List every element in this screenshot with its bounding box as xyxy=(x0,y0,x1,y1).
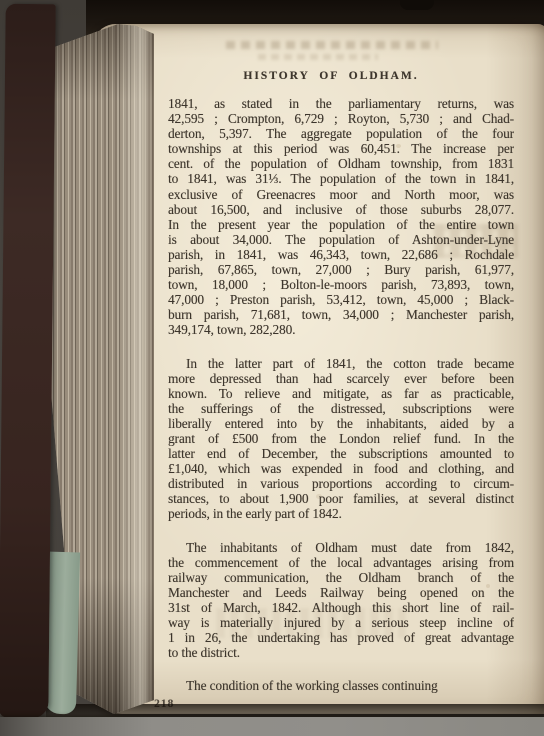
text-line: is about 34,000. The population of Ashto… xyxy=(168,232,514,247)
text-line: cent. of the population of Oldham townsh… xyxy=(168,156,514,171)
text-line: 42,595 ; Crompton, 6,729 ; Royton, 5,730… xyxy=(168,111,514,126)
text-line: derton, 5,397. The aggregate population … xyxy=(168,126,514,141)
text-line: exclusive of Greenacres moor and North m… xyxy=(168,187,514,202)
text-line: 31st of March, 1842. Although this short… xyxy=(168,600,514,615)
text-line: burn parish, 71,681, town, 34,000 ; Manc… xyxy=(168,307,514,322)
text-line: to the district. xyxy=(168,645,514,660)
text-line: The condition of the working classes con… xyxy=(168,678,514,693)
text-line: railway communication, the Oldham branch… xyxy=(168,570,514,585)
paragraph: In the latter part of 1841, the cotton t… xyxy=(168,356,514,522)
text-line: about 16,500, and inclusive of those sub… xyxy=(168,202,514,217)
text-line: townships at this period was 60,451. The… xyxy=(168,141,514,156)
paragraph: The condition of the working classes con… xyxy=(168,678,514,693)
text-line: 47,000 ; Preston parish, 53,412, town, 4… xyxy=(168,292,514,307)
running-header: HISTORY OF OLDHAM. xyxy=(158,70,504,82)
text-line: more depressed than had scarcely ever be… xyxy=(168,371,514,386)
text-line: stances, to about 1,900 poor families, a… xyxy=(168,491,514,506)
paragraph: The inhabitants of Oldham must date from… xyxy=(168,540,514,661)
binding-nub xyxy=(400,0,434,10)
book-cover-edge xyxy=(0,4,56,718)
text-line: the sufferings of the distressed, subscr… xyxy=(168,401,514,416)
book-page: HISTORY OF OLDHAM. 1841, as stated in th… xyxy=(96,24,544,714)
text-line: 349,174, town, 282,280. xyxy=(168,322,514,337)
text-line: 1 in 26, the undertaking has proved of g… xyxy=(168,630,514,645)
text-line: latter end of December, the subscription… xyxy=(168,446,514,461)
text-line: In the present year the population of th… xyxy=(168,217,514,232)
book-photo: HISTORY OF OLDHAM. 1841, as stated in th… xyxy=(0,0,544,736)
text-line: known. To relieve and mitigate, as far a… xyxy=(168,386,514,401)
text-line: 1841, as stated in the parliamentary ret… xyxy=(168,96,514,111)
text-line: £1,040, which was expended in food and c… xyxy=(168,461,514,476)
text-line: parish, in 1841, was 46,343, town, 22,68… xyxy=(168,247,514,262)
text-line: periods, in the early part of 1842. xyxy=(168,506,514,521)
text-line: liberally entered into by the inhabitant… xyxy=(168,416,514,431)
paragraph: 1841, as stated in the parliamentary ret… xyxy=(168,96,514,338)
text-line: In the latter part of 1841, the cotton t… xyxy=(168,356,514,371)
text-line: distributed in various proportions accor… xyxy=(168,476,514,491)
text-line: way is materially injured by a serious s… xyxy=(168,615,514,630)
text-line: Manchester and Leeds Railway being opene… xyxy=(168,585,514,600)
text-line: grant of £500 from the London relief fun… xyxy=(168,431,514,446)
text-line: parish, 67,865, town, 27,000 ; Bury pari… xyxy=(168,262,514,277)
text-line: town, 18,000 ; Bolton-le-moors parish, 7… xyxy=(168,277,514,292)
text-line: The inhabitants of Oldham must date from… xyxy=(168,540,514,555)
ink-bleedthrough xyxy=(258,54,378,60)
text-line: the commencement of the local advantages… xyxy=(168,555,514,570)
text-line: to 1841, was 31⅓. The population of the … xyxy=(168,171,514,186)
ink-bleedthrough xyxy=(226,41,438,49)
table-surface xyxy=(0,717,544,736)
text-block: 1841, as stated in the parliamentary ret… xyxy=(168,96,514,693)
